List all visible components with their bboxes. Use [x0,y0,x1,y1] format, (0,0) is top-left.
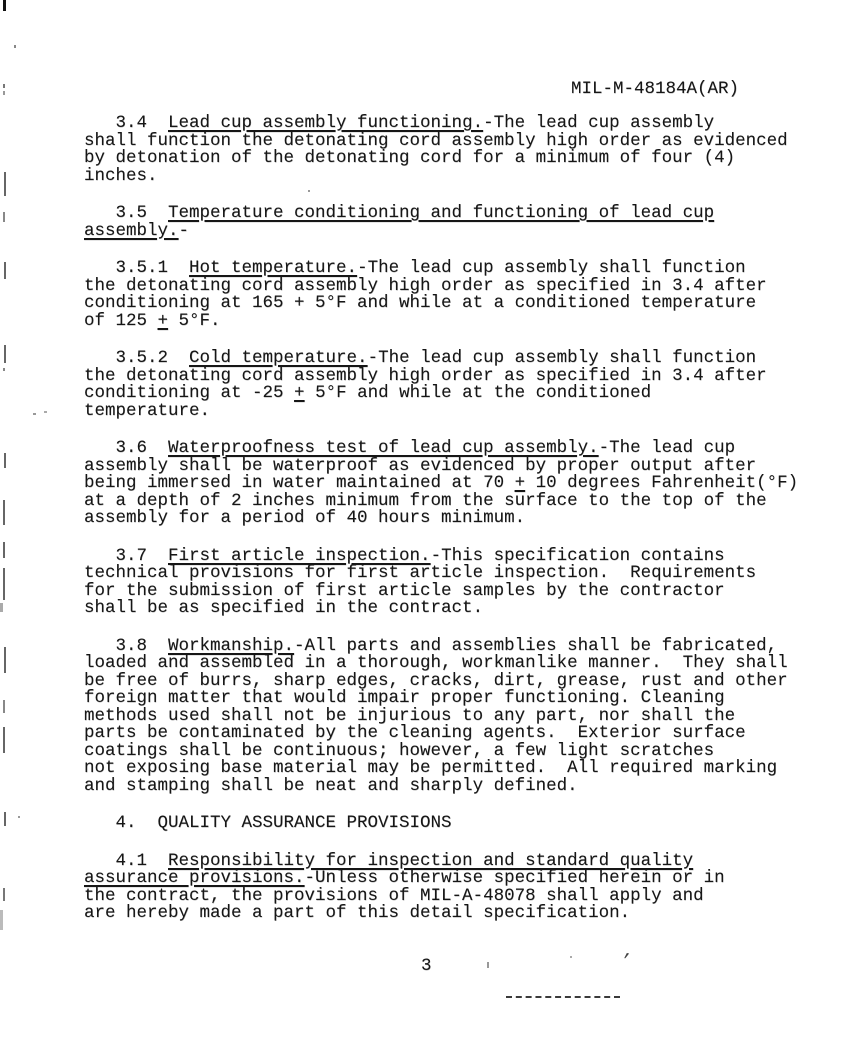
scan-artifact [33,413,36,415]
para-3-8: 3.8 Workmanship.-All parts and assemblie… [84,638,824,796]
text-line: of 125 + 5°F. [84,313,824,331]
text-segment: assembly for a period of 40 hours minimu… [84,508,525,528]
scan-artifact [0,603,3,612]
scan-artifact [3,212,5,222]
text-segment: 4. QUALITY ASSURANCE PROVISIONS [84,813,452,833]
text-segment: inches. [84,166,158,186]
page-number: 3 [421,956,432,976]
para-3-5-2: 3.5.2 Cold temperature.-The lead cup ass… [84,350,824,420]
scan-artifact [3,84,5,88]
document-id-header: MIL-M-48184A(AR) [571,79,739,99]
para-3-6: 3.6 Waterproofness test of lead cup asse… [84,440,824,528]
scan-artifact [3,888,5,901]
scanned-document-page: MIL-M-48184A(AR) 3.4 Lead cup assembly f… [0,0,857,1038]
scan-artifact [308,190,310,192]
text-line: and stamping shall be neat and sharply d… [84,778,824,796]
underlined-text: Temperature conditioning and functioning… [168,203,714,223]
para-3-5-1: 3.5.1 Hot temperature.-The lead cup asse… [84,260,824,330]
para-4: 4. QUALITY ASSURANCE PROVISIONS [84,815,824,833]
text-segment: shall be as specified in the contract. [84,598,483,618]
para-4-1: 4.1 Responsibility for inspection and st… [84,853,824,923]
text-segment: 5°F and while at the conditioned [305,383,652,403]
scan-artifact-mark: ’ [618,951,633,973]
underlined-text: + [158,311,169,331]
text-segment: 5°F. [168,311,221,331]
scan-artifact [4,172,6,196]
scan-artifact [3,91,5,95]
para-3-5: 3.5 Temperature conditioning and functio… [84,205,824,240]
text-segment: of 125 [84,311,158,331]
underlined-text: + [294,383,305,403]
text-line: inches. [84,168,824,186]
scan-artifact [18,816,20,818]
para-3-4: 3.4 Lead cup assembly functioning.-The l… [84,115,824,185]
scan-artifact [14,45,16,48]
scan-artifact [4,647,6,673]
text-line: assembly.- [84,223,824,241]
scan-artifact [3,727,5,753]
text-segment: and stamping shall be neat and sharply d… [84,776,578,796]
scan-artifact-dashed-line [506,996,620,998]
text-line: temperature. [84,403,824,421]
text-line: by detonation of the detonating cord for… [84,150,824,168]
scan-artifact [3,0,6,11]
underlined-text: assembly. [84,221,179,241]
text-segment: - [179,221,190,241]
text-segment: are hereby made a part of this detail sp… [84,903,630,923]
text-line: shall be as specified in the contract. [84,600,824,618]
text-line: assembly for a period of 40 hours minimu… [84,510,824,528]
scan-artifact [4,453,6,468]
text-line: 3.5 Temperature conditioning and functio… [84,205,824,223]
scan-artifact [3,568,5,600]
para-3-7: 3.7 First article inspection.-This speci… [84,548,824,618]
scan-artifact [570,956,572,958]
scan-artifact [3,500,5,525]
scan-artifact [4,262,6,279]
text-segment: by detonation of the detonating cord for… [84,148,735,168]
text-line: 4. QUALITY ASSURANCE PROVISIONS [84,815,824,833]
text-line: are hereby made a part of this detail sp… [84,905,824,923]
scan-artifact [3,542,5,558]
document-body: 3.4 Lead cup assembly functioning.-The l… [84,115,824,943]
scan-artifact [44,411,47,413]
scan-artifact [4,812,6,826]
scan-artifact [0,910,3,930]
scan-artifact [4,345,6,363]
scan-artifact [3,700,5,713]
text-segment: temperature. [84,401,210,421]
scan-artifact [3,368,5,371]
scan-artifact [487,962,489,968]
